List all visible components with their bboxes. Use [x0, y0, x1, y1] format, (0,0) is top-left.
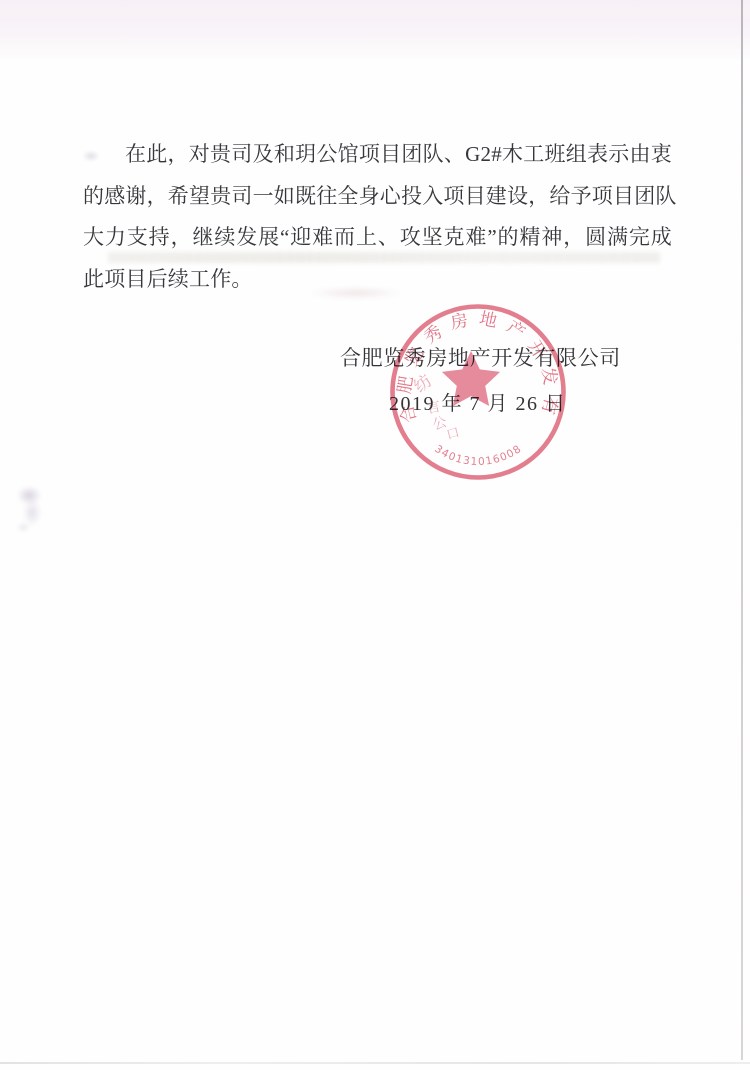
letter-body-line-4: 此项目后续工作。	[83, 265, 672, 293]
signature-date: 2019 年 7 月 26 日	[389, 387, 567, 416]
signature-company-name: 合肥览秀房地产开发有限公司	[340, 342, 621, 372]
seal-inner-mark-4: 口	[445, 424, 461, 442]
seal-inner-mark-3: 公	[431, 415, 449, 434]
scanned-letter-page: 在此，对贵司及和玥公馆项目团队、G2#木工班组表示由衷 的感谢，希望贵司一如既往…	[0, 0, 750, 1070]
scan-artifact-left-smudge	[6, 478, 64, 536]
scan-artifact-top-tint	[0, 0, 750, 62]
letter-body-line-1: 在此，对贵司及和玥公馆项目团队、G2#木工班组表示由衷	[83, 140, 672, 168]
letter-body-line-3: 大力支持，继续发展“迎难而上、攻坚克难”的精神，圆满完成	[83, 223, 672, 251]
scan-artifact-right-edge	[741, 0, 743, 1060]
letter-body: 在此，对贵司及和玥公馆项目团队、G2#木工班组表示由衷 的感谢，希望贵司一如既往…	[83, 140, 672, 306]
letter-body-line-2: 的感谢，希望贵司一如既往全身心投入项目建设，给予项目团队	[83, 182, 672, 210]
scan-artifact-bottom-edge	[0, 1062, 750, 1064]
